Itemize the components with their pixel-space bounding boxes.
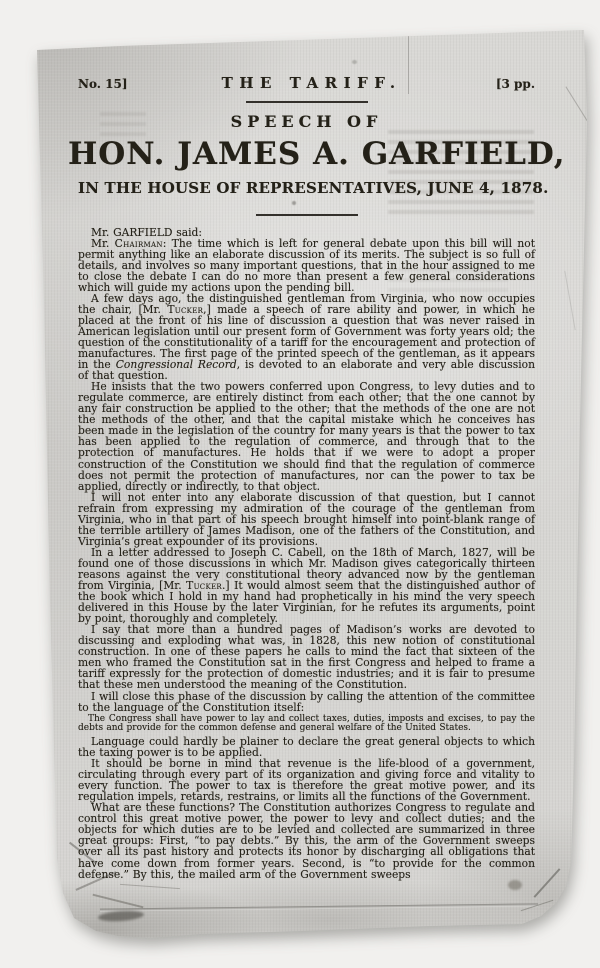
paper-shadow: No. 15] THE TARIFF. [3 pp. SPEECH OF HON… — [0, 0, 600, 968]
pages-note: [3 pp. — [496, 77, 535, 91]
body-paragraph: I say that more than a hundred pages of … — [78, 624, 535, 690]
body-paragraph: It should be borne in mind that revenue … — [78, 758, 535, 802]
photo-background: No. 15] THE TARIFF. [3 pp. SPEECH OF HON… — [0, 0, 600, 968]
horizontal-rule — [246, 101, 368, 103]
speaker-name: HON. JAMES A. GARFIELD, — [68, 138, 545, 171]
paper-sheet: No. 15] THE TARIFF. [3 pp. SPEECH OF HON… — [0, 0, 600, 968]
venue-line: IN THE HOUSE OF REPRESENTATIVES, JUNE 4,… — [78, 179, 535, 197]
printed-page-content: No. 15] THE TARIFF. [3 pp. SPEECH OF HON… — [78, 68, 535, 880]
masthead: No. 15] THE TARIFF. [3 pp. — [78, 74, 535, 92]
body-paragraph: What are these functions? The Constituti… — [78, 802, 535, 879]
body-paragraph: A few days ago, the distinguished gentle… — [78, 293, 535, 381]
body-paragraph: He insists that the two powers conferred… — [78, 381, 535, 491]
body-paragraph: I will close this phase of the discussio… — [78, 691, 535, 713]
body-paragraph: I will not enter into any elaborate disc… — [78, 492, 535, 547]
constitution-quote: The Congress shall have power to lay and… — [78, 715, 535, 734]
horizontal-rule — [256, 214, 358, 216]
body-paragraph: Mr. Chairman: The time which is left for… — [78, 238, 535, 293]
speech-of-label: SPEECH OF — [78, 112, 535, 131]
body-paragraph: In a letter addressed to Joseph C. Cabel… — [78, 547, 535, 624]
series-title: THE TARIFF. — [128, 74, 496, 92]
issue-number: No. 15] — [78, 77, 128, 91]
speech-body: Mr. GARFIELD said:Mr. Chairman: The time… — [78, 227, 535, 880]
body-paragraph: Language could hardly be plainer to decl… — [78, 736, 535, 758]
